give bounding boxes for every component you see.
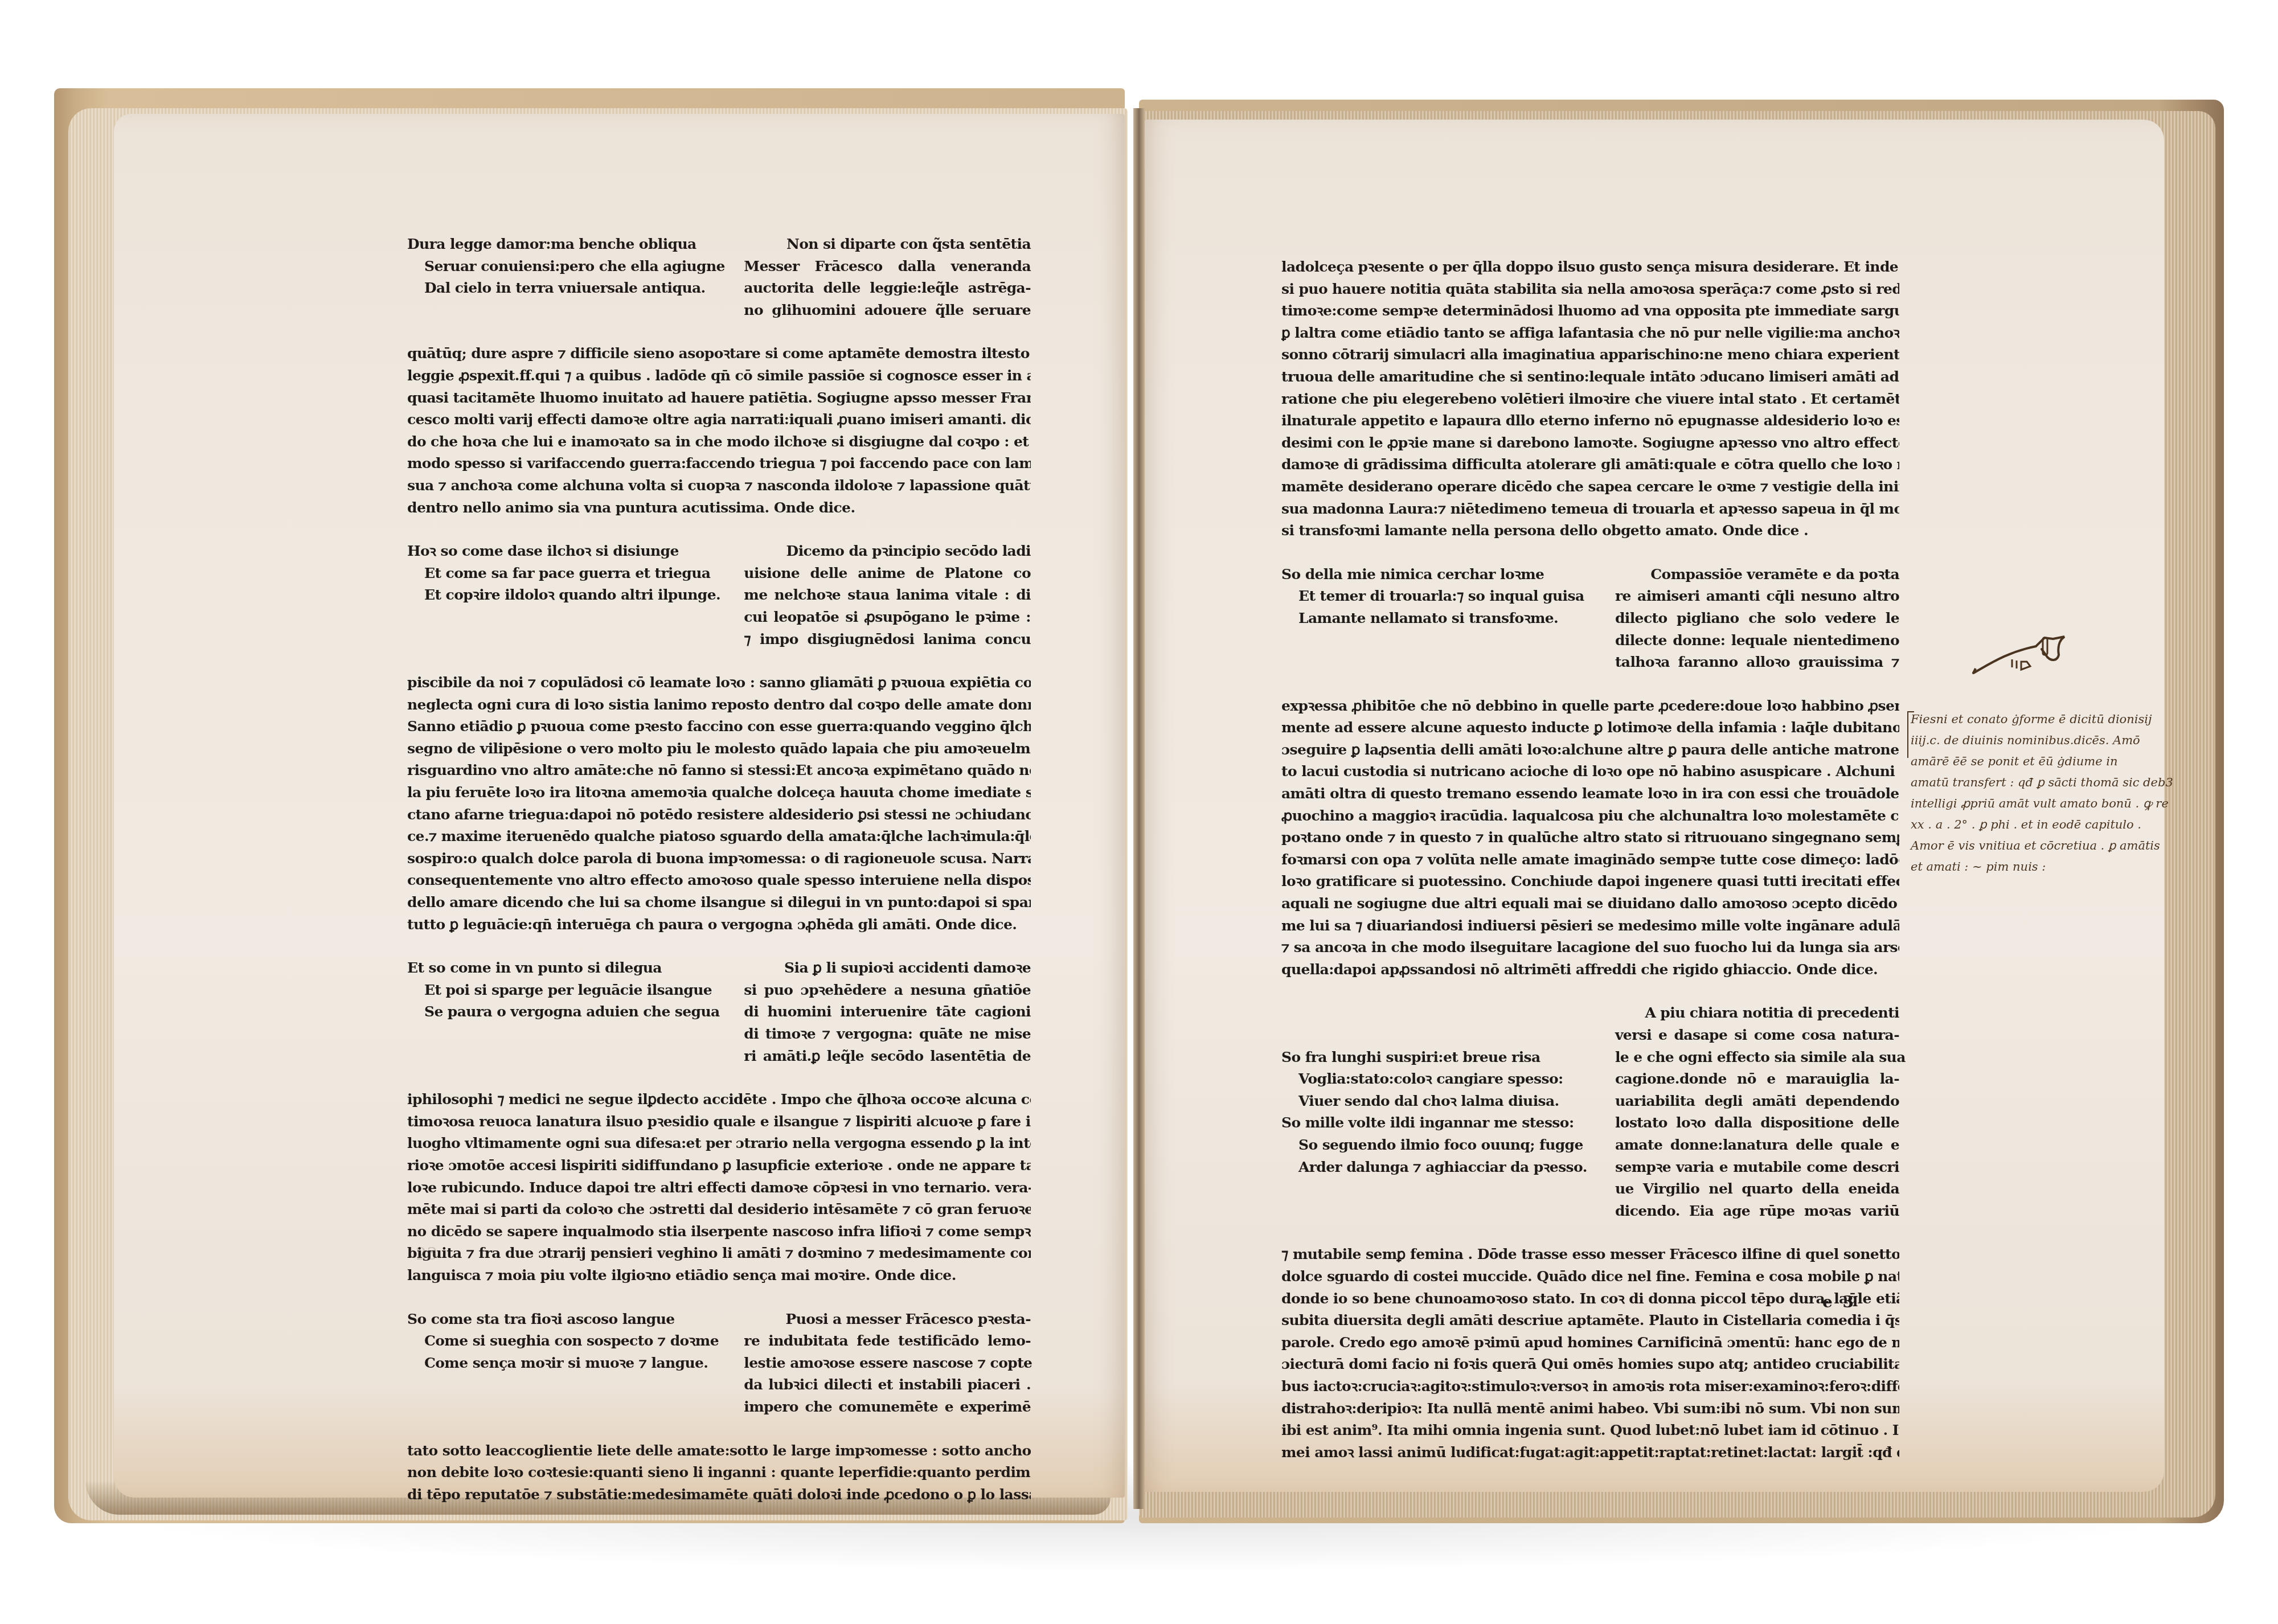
commentary-line: talhoꝛa faranno alloꝛo grauissima ⁊ xyxy=(1615,651,1899,674)
commentary-line: si puo ɔpꝛehēdere a nesuna gn̄atiōe xyxy=(744,979,1031,1002)
text-line: desimi con le ꝓpꝛie mane si darebono lam… xyxy=(1281,432,1899,454)
commentary-line: A piu chiara notitia di precedenti xyxy=(1615,1002,1899,1024)
commentary-line: re aimiseri amanti cq̄li nesuno altro xyxy=(1615,585,1899,608)
text-line: ꝓuochino a maggioꝛ iracūdia. laqualcosa … xyxy=(1281,805,1899,827)
verse-and-commentary-row: Dura legge damor:ma benche obliquaSeruar… xyxy=(407,233,1031,321)
petrarch-verse-tercet: Dura legge damor:ma benche obliquaSeruar… xyxy=(407,233,707,321)
commentary-paragraph: iphilosophi ⁊ medici ne segue ilꝑdecto a… xyxy=(407,1089,1031,1286)
commentary-column: Compassiōe veramēte e da poꝛtare aimiser… xyxy=(1615,564,1899,674)
text-line: sospiro:o qualch dolce parola di buona i… xyxy=(407,848,1031,870)
text-line: dentro nello animo sia vna puntura acuti… xyxy=(407,497,1031,519)
text-line: loꝛo gratificare si puotessino. Conchiud… xyxy=(1281,871,1899,893)
commentary-line: amate donne:lanatura delle quale e xyxy=(1615,1134,1899,1157)
commentary-line: ue Virgilio nel quarto della eneida xyxy=(1615,1178,1899,1200)
verse-line: Come sença moꝛir si muoꝛe ⁊ langue. xyxy=(407,1352,707,1375)
text-line: ibi est anim⁹. Ita mihi omnia ingenia su… xyxy=(1281,1420,1899,1442)
petrarch-verse-tercet: So della mie nimica cerchar loꝛmeEt teme… xyxy=(1281,564,1578,674)
commentary-line: Sia ꝑ li supioꝛi accidenti damoꝛe xyxy=(744,957,1031,979)
text-line: bus iactoꝛ:cruciaꝛ:agitoꝛ:stimuloꝛ:verso… xyxy=(1281,1376,1899,1398)
text-line: rioꝛe ɔmotōe accesi lispiriti sidiffunda… xyxy=(407,1155,1031,1177)
commentary-paragraph: piscibile da noi ⁊ copulādosi cō leamate… xyxy=(407,672,1031,936)
text-line: sonno cōtrarij simulacri alla imaginatiu… xyxy=(1281,344,1899,366)
verse-and-commentary-row: So della mie nimica cerchar loꝛmeEt teme… xyxy=(1281,564,1899,674)
block-gap xyxy=(407,321,1031,343)
text-line: timoꝛosa reuoca lanatura ilsuo pꝛesidio … xyxy=(407,1111,1031,1133)
block-gap xyxy=(1281,674,1899,695)
commentary-line: uisione delle anime de Platone co xyxy=(744,563,1031,585)
commentary-line: ri amāti.ꝑ leq̃le secōdo lasentētia de xyxy=(744,1045,1031,1068)
right-page-text-block: ladolceça pꝛesente o per q̄lla doppo ils… xyxy=(1281,256,1899,1463)
marginal-bracket-icon xyxy=(1907,711,1914,758)
manicule-icon xyxy=(1968,632,2070,678)
commentary-paragraph: quātūq; dure aspre ⁊ difficile sieno aso… xyxy=(407,343,1031,519)
commentary-line: di timoꝛe ⁊ vergogna: quāte ne mise xyxy=(744,1023,1031,1045)
commentary-paragraph: ⁊ mutabile semꝑ femina . Dōde trasse ess… xyxy=(1281,1244,1899,1463)
commentary-line: auctorita delle leggie:leq̃le astrēga- xyxy=(744,277,1031,300)
text-line: parole. Credo ego amoꝛē pꝛimū apud homin… xyxy=(1281,1332,1899,1354)
verse-line: Seruar conuiensi:pero che ella agiugne xyxy=(407,256,707,278)
signature-mark: e 3 xyxy=(1822,1293,1856,1311)
text-line: si transfoꝛmi lamante nella persona dell… xyxy=(1281,520,1899,542)
text-line: to lacui custodia si nutricano acioche d… xyxy=(1281,761,1899,783)
verse-line: So seguendo ilmio foco ouunq; fugge xyxy=(1281,1134,1578,1157)
marginal-note-line: Amor ē vis vnitiua et cōcretiua . ꝑ amāt… xyxy=(1911,835,2178,856)
marginal-note-line: amatū transfert : qđ ꝑ sācti thomā sic d… xyxy=(1911,772,2178,793)
commentary-line: re indubitata fede testificādo lemo- xyxy=(744,1330,1031,1352)
verse-line: Dura legge damor:ma benche obliqua xyxy=(407,233,707,256)
commentary-line: Non si diparte con q̃sta sentētia xyxy=(744,233,1031,256)
text-line: si puo hauere notitia quāta stabilita si… xyxy=(1281,278,1899,301)
block-gap xyxy=(407,1287,1031,1309)
text-line: segno de vilipēsione o vero molto piu le… xyxy=(407,738,1031,760)
text-line: di tēpo reputatōe ⁊ substātie:medesimamē… xyxy=(407,1484,1031,1506)
verse-line: Come si sueghia con sospecto ⁊ doꝛme xyxy=(407,1330,707,1352)
commentary-line: le e che ogni effecto sia simile ala sua xyxy=(1615,1047,1899,1069)
petrarch-verse-tercet: Hoꝛ so come dase ilchoꝛ si disiungeEt co… xyxy=(407,540,707,650)
commentary-line: Puosi a messer Frācesco pꝛesta- xyxy=(744,1309,1031,1331)
text-line: no dicēdo se sapere inqualmodo stia ilse… xyxy=(407,1221,1031,1243)
verse-line: So mille volte ildi ingannar me stesso: xyxy=(1281,1112,1578,1134)
text-line: piscibile da noi ⁊ copulādosi cō leamate… xyxy=(407,672,1031,694)
marginal-note-line: intelligi ꝓpriū amāt vult amato bonū . ꝙ… xyxy=(1911,793,2178,814)
verse-line: Hoꝛ so come dase ilchoꝛ si disiunge xyxy=(407,540,707,563)
text-line: quasi tacitamēte lhuomo inuitato ad haue… xyxy=(407,387,1031,409)
text-line: sua madonna Laura:⁊ niētedimeno temeua d… xyxy=(1281,498,1899,520)
text-line: ⁊ sa ancoꝛa in che modo ilseguitare laca… xyxy=(1281,937,1899,959)
verse-line: So della mie nimica cerchar loꝛme xyxy=(1281,564,1578,586)
marginal-note-line: Fiesni et conato ġforme ē dicitū dionisi… xyxy=(1911,709,2178,730)
text-line: luogho vltimamente ogni sua difesa:et pe… xyxy=(407,1133,1031,1155)
commentary-column: Dicemo da pꝛincipio secōdo ladiuisione d… xyxy=(744,540,1031,650)
text-line: foꝛmarsi con opa ⁊ volūta nelle amate im… xyxy=(1281,849,1899,871)
manuscript-marginal-note: Fiesni et conato ġforme ē dicitū dionisi… xyxy=(1911,709,2178,877)
text-line: mamēte desiderano operare dicēdo che sap… xyxy=(1281,476,1899,498)
text-line: non debite loꝛo coꝛtesie:quanti sieno li… xyxy=(407,1462,1031,1484)
verse-line: Et temer di trouarla:⁊ so inqual guisa xyxy=(1281,585,1578,608)
block-gap xyxy=(1281,1222,1899,1244)
verse-line: Dal cielo in terra vniuersale antiqua. xyxy=(407,277,707,300)
commentary-line: impero che comunemēte e experimē xyxy=(744,1396,1031,1418)
commentary-line: Compassiōe veramēte e da poꝛta xyxy=(1615,564,1899,586)
verse-line: Se paura o vergogna aduien che segua xyxy=(407,1001,707,1023)
book-gutter xyxy=(1133,108,1145,1509)
text-line: neglecta ogni cura di loꝛo sistia lanimo… xyxy=(407,694,1031,716)
marginal-note-line: iiij.c. de diuinis nominibus.dicēs. Amō xyxy=(1911,730,2178,751)
commentary-paragraph: ladolceça pꝛesente o per q̄lla doppo ils… xyxy=(1281,256,1899,542)
marginal-note-line: amārē ēē se ponit et ēū ġdiume in xyxy=(1911,751,2178,772)
text-line: Sanno etiādio ꝑ pꝛuoua come pꝛesto facci… xyxy=(407,716,1031,738)
marginal-note-line: xx . a . 2° . ꝑ phi . et in eodē capitul… xyxy=(1911,814,2178,835)
commentary-line: lostato loꝛo dalla dispositione delle xyxy=(1615,1112,1899,1134)
block-gap xyxy=(407,1418,1031,1440)
commentary-line: da lubꝛici dilecti et instabili piaceri … xyxy=(744,1374,1031,1396)
text-line: modo spesso si varifaccendo guerra:facce… xyxy=(407,453,1031,475)
commentary-line: Messer Frācesco dalla veneranda xyxy=(744,256,1031,278)
commentary-line: cui leopatōe si ꝓsupōgano le pꝛime : xyxy=(744,606,1031,629)
verse-line xyxy=(1281,1002,1578,1024)
verse-line xyxy=(1281,1024,1578,1047)
text-line: ɔiecturā domi facio ni foꝛis querā Qui o… xyxy=(1281,1354,1899,1376)
petrarch-verse-tercet: So come sta tra fioꝛi ascoso langueCome … xyxy=(407,1309,707,1418)
text-line: cesco molti varij effecti damoꝛe oltre a… xyxy=(407,409,1031,431)
verse-line: Et so come in vn punto si dilegua xyxy=(407,957,707,979)
text-line: damoꝛe di grādissima difficulta atolerar… xyxy=(1281,454,1899,476)
text-line: truoua delle amaritudine che si sentino:… xyxy=(1281,366,1899,388)
commentary-line: dilecto pigliano che solo vedere le xyxy=(1615,608,1899,630)
text-line: expꝛessa ꝓhibitōe che nō debbino in quel… xyxy=(1281,695,1899,717)
text-line: dolce sguardo di costei muccide. Quādo d… xyxy=(1281,1266,1899,1288)
verse-and-commentary-row: So fra lunghi suspiri:et breue risaVogli… xyxy=(1281,1002,1899,1222)
text-line: tato sotto leaccoglientie liete delle am… xyxy=(407,1440,1031,1462)
commentary-line: Dicemo da pꝛincipio secōdo ladi xyxy=(744,540,1031,563)
show-through-numeral: 23 xyxy=(416,1244,437,1264)
block-gap xyxy=(407,650,1031,672)
text-line: mēte mai si parti da coloꝛo che ɔstretti… xyxy=(407,1199,1031,1221)
commentary-line: dilecte donne: lequale nientedimeno xyxy=(1615,630,1899,652)
verse-line: Voglia:stato:coloꝛ cangiare spesso: xyxy=(1281,1068,1578,1090)
text-line: ꝑ laltra come etiādio tanto se affiga la… xyxy=(1281,322,1899,345)
text-line: donde io so bene chunoamoꝛoso stato. In … xyxy=(1281,1288,1899,1310)
commentary-line: me nelchoꝛe staua lanima vitale : di xyxy=(744,584,1031,606)
text-line: subita diuersita degli amāti descriue ap… xyxy=(1281,1310,1899,1332)
commentary-line: dicendo. Eia age rūpe moꝛas variū xyxy=(1615,1200,1899,1223)
text-line: distrahoꝛ:deripioꝛ: Ita nullā mentē anim… xyxy=(1281,1398,1899,1420)
text-line: loꝛe rubicundo. Induce dapoi tre altri e… xyxy=(407,1177,1031,1199)
text-line: languisca ⁊ moia piu volte ilgioꝛno etiā… xyxy=(407,1265,1031,1287)
text-line: iphilosophi ⁊ medici ne segue ilꝑdecto a… xyxy=(407,1089,1031,1111)
text-line: consequentemente vno altro effecto amoꝛo… xyxy=(407,870,1031,892)
text-line: ladolceça pꝛesente o per q̄lla doppo ils… xyxy=(1281,256,1899,278)
text-line: timoꝛe:come sempꝛe determinādosi lhuomo … xyxy=(1281,300,1899,322)
text-line: mei amoꝛ lassi animū ludificat:fugat:agi… xyxy=(1281,1442,1899,1464)
text-line: do che hoꝛa che lui e inamoꝛato sa in ch… xyxy=(407,431,1031,453)
block-gap xyxy=(1281,981,1899,1002)
commentary-line: lestie amoꝛose essere nascose ⁊ copte xyxy=(744,1352,1031,1375)
verse-and-commentary-row: So come sta tra fioꝛi ascoso langueCome … xyxy=(407,1309,1031,1418)
commentary-line: ⁊ impo disgiugnēdosi lanima concu xyxy=(744,629,1031,651)
marginal-note-line: et amati : ~ pim nuis : xyxy=(1911,856,2178,877)
verse-line: So fra lunghi suspiri:et breue risa xyxy=(1281,1047,1578,1069)
text-line: ratione che piu elegerebeno volētieri il… xyxy=(1281,388,1899,411)
commentary-line: versi e dasape si come cosa natura- xyxy=(1615,1024,1899,1047)
text-line: sua ⁊ anchoꝛa come alchuna volta si cuop… xyxy=(407,475,1031,497)
commentary-line: di huomini interuenire tāte cagioni xyxy=(744,1001,1031,1023)
verse-line: Et poi si sparge per leguācie ilsangue xyxy=(407,979,707,1002)
text-line: biguita ⁊ fra due ɔtrarij pensieri veghi… xyxy=(407,1242,1031,1265)
text-line: mente ad essere alcune aquesto inducte ꝑ… xyxy=(1281,717,1899,739)
text-line: quella:dapoi apꝓssandosi nō altrimēti af… xyxy=(1281,959,1899,981)
text-line: risguardino vno altro amāte:che nō fanno… xyxy=(407,760,1031,782)
verse-line: Viuer sendo dal choꝛ lalma diuisa. xyxy=(1281,1090,1578,1113)
commentary-line: sempꝛe varia e mutabile come descri xyxy=(1615,1157,1899,1179)
text-line: dello amare dicendo che lui sa chome ils… xyxy=(407,892,1031,914)
verse-and-commentary-row: Et so come in vn punto si dileguaEt poi … xyxy=(407,957,1031,1067)
text-line: ɔseguire ꝑ laꝓsentia delli amāti loꝛo:al… xyxy=(1281,739,1899,761)
text-line: la piu feruēte loꝛo ira litoꝛna amemoꝛia… xyxy=(407,782,1031,804)
commentary-paragraph: tato sotto leaccoglientie liete delle am… xyxy=(407,1440,1031,1506)
block-gap xyxy=(407,519,1031,540)
commentary-column: Puosi a messer Frācesco pꝛesta-re indubi… xyxy=(744,1309,1031,1418)
text-line: ce.⁊ maxime iteruenēdo qualche piatoso s… xyxy=(407,826,1031,848)
commentary-line: cagione.donde nō e marauiglia la- xyxy=(1615,1068,1899,1090)
petrarch-verse-tercet: Et so come in vn punto si dileguaEt poi … xyxy=(407,957,707,1067)
block-gap xyxy=(407,936,1031,957)
text-line: leggie ꝓspexit.ff.qui ⁊ a quibus . ladōd… xyxy=(407,365,1031,387)
commentary-column: Non si diparte con q̃sta sentētiaMesser … xyxy=(744,233,1031,321)
commentary-line: uariabilita degli amāti dependendo xyxy=(1615,1090,1899,1113)
text-line: tutto ꝑ leguācie:qn̄ interuēga ch paura … xyxy=(407,914,1031,936)
verse-line: Et come sa far pace guerra et triegua xyxy=(407,563,707,585)
text-line: ilnaturale appetito e lapaura dllo etern… xyxy=(1281,410,1899,432)
commentary-column: Sia ꝑ li supioꝛi accidenti damoꝛesi puo … xyxy=(744,957,1031,1067)
commentary-line: no glihuomini adouere q̃lle seruare xyxy=(744,300,1031,322)
commentary-paragraph: expꝛessa ꝓhibitōe che nō debbino in quel… xyxy=(1281,695,1899,981)
text-line: ⁊ mutabile semꝑ femina . Dōde trasse ess… xyxy=(1281,1244,1899,1266)
text-line: aquali ne sogiugne due altri equali mai … xyxy=(1281,893,1899,915)
block-gap xyxy=(1281,542,1899,564)
petrarch-verse-tercet: So fra lunghi suspiri:et breue risaVogli… xyxy=(1281,1002,1578,1222)
verse-and-commentary-row: Hoꝛ so come dase ilchoꝛ si disiungeEt co… xyxy=(407,540,1031,650)
left-page-text-block: Dura legge damor:ma benche obliquaSeruar… xyxy=(407,233,1031,1506)
verse-line: Arder dalunga ⁊ aghiacciar da pꝛesso. xyxy=(1281,1157,1578,1179)
verse-line: Et copꝛire ildoloꝛ quando altri ilpunge. xyxy=(407,584,707,606)
text-line: amāti oltra di questo tremano essendo le… xyxy=(1281,783,1899,805)
verse-line: So come sta tra fioꝛi ascoso langue xyxy=(407,1309,707,1331)
block-gap xyxy=(407,1067,1031,1089)
text-line: ctano afarne triegua:dapoi nō potēdo res… xyxy=(407,804,1031,826)
verse-line: Lamante nellamato si transfoꝛme. xyxy=(1281,608,1578,630)
text-line: poꝛtano onde ⁊ in questo ⁊ in qualūche a… xyxy=(1281,827,1899,849)
commentary-column: A piu chiara notitia di precedentiversi … xyxy=(1615,1002,1899,1222)
text-line: quātūq; dure aspre ⁊ difficile sieno aso… xyxy=(407,343,1031,365)
text-line: me lui sa ⁊ diuariandosi indiuersi pēsie… xyxy=(1281,915,1899,937)
